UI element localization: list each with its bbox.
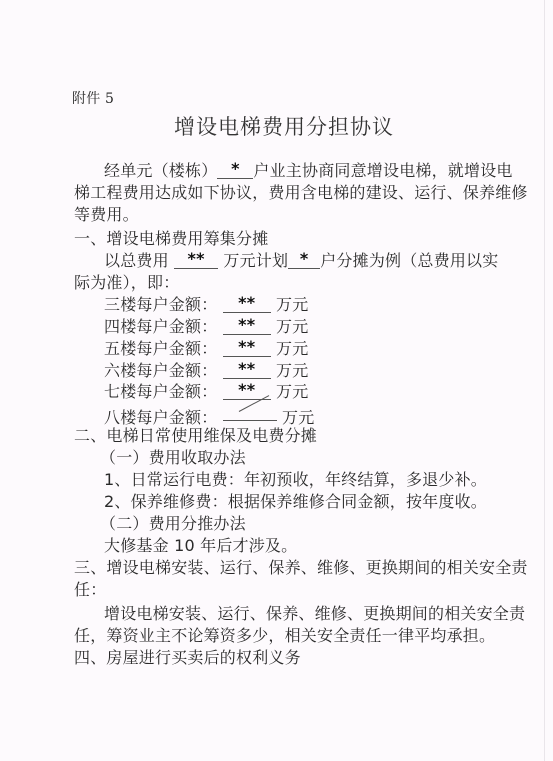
section-3-body-cont: 任，筹资业主不论筹资多少，相关安全责任一律平均承担。 (74, 625, 495, 647)
floor-row-4: 四楼每户金额： ** 万元 (104, 316, 308, 338)
section-4-heading: 四、房屋进行买卖后的权利义务 (74, 647, 301, 669)
floor-row-6: 六楼每户金额： ** 万元 (104, 360, 308, 382)
section-1-text: 以总费用 ** 万元计划*户分摊为例（总费用以实 (104, 250, 498, 272)
section-1-text-cont: 际为准），即： (74, 272, 179, 294)
intro-line-3: 等费用。 (74, 204, 139, 226)
document-page: 附件 5 增设电梯费用分担协议 经单元（楼栋）*户业主协商同意增设电梯，就增设电… (0, 0, 553, 761)
floor-6-amount[interactable]: ** (223, 360, 271, 379)
floor-row-3: 三楼每户金额： ** 万元 (104, 294, 308, 316)
section-3-body: 增设电梯安装、运行、保养、维修、更换期间的相关安全责 (104, 603, 525, 625)
document-title: 增设电梯费用分担协议 (174, 116, 394, 138)
section-2-item-1: 1、日常运行电费：年初预收，年终结算，多退少补。 (104, 469, 487, 491)
section-2-heading: 二、电梯日常使用维保及电费分摊 (74, 425, 317, 447)
scan-edge (544, 0, 545, 761)
section-1-heading: 一、增设电梯费用筹集分摊 (74, 228, 268, 250)
section-3-heading-cont: 任： (74, 579, 106, 601)
floor-3-amount[interactable]: ** (223, 294, 271, 313)
floor-row-7: 七楼每户金额： ** 万元 (104, 381, 308, 403)
intro-line-2: 梯工程费用达成如下协议，费用含电梯的建设、运行、保养维修 (74, 182, 528, 204)
household-count-blank[interactable]: * (288, 250, 320, 269)
floor-8-amount-struck[interactable] (223, 402, 277, 421)
total-cost-blank[interactable]: ** (174, 250, 218, 269)
section-2-sub-2: （二）费用分推办法 (100, 513, 246, 535)
floor-5-amount[interactable]: ** (223, 338, 271, 357)
section-2-sub-1: （一）费用收取办法 (100, 447, 246, 469)
section-2-note: 大修基金 10 年后才涉及。 (104, 535, 297, 557)
attachment-label: 附件 5 (72, 88, 114, 110)
intro-line-1: 经单元（楼栋）*户业主协商同意增设电梯，就增设电 (104, 160, 513, 182)
floor-row-5: 五楼每户金额： ** 万元 (104, 338, 308, 360)
section-3-heading: 三、增设电梯安装、运行、保养、维修、更换期间的相关安全责 (74, 557, 528, 579)
unit-households-blank[interactable]: * (217, 160, 253, 179)
floor-4-amount[interactable]: ** (223, 316, 271, 335)
section-2-item-2: 2、保养维修费：根据保养维修合同金额，按年度收。 (104, 491, 487, 513)
